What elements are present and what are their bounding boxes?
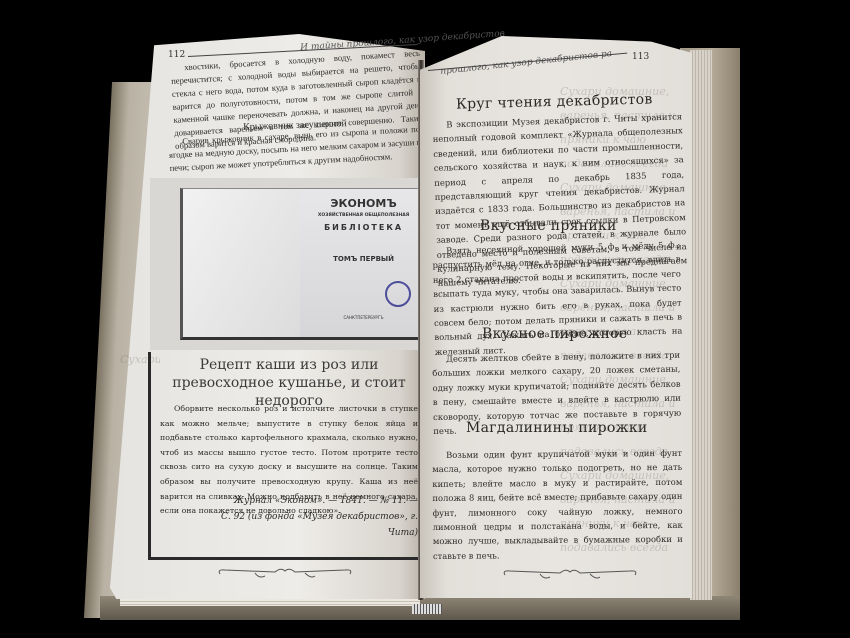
right-page-number: 113	[632, 52, 649, 62]
book-headband	[412, 604, 442, 614]
page-stack-right	[690, 50, 712, 600]
photo-title: ЭКОНОМЪ	[300, 197, 427, 210]
photo-subtitle-2: БИБЛІОТЕКА	[300, 223, 427, 232]
photo-open-book: ЭКОНОМЪ ХОЗЯЙСТВЕННАЯ ОБЩЕПОЛЕЗНАЯ БИБЛІ…	[180, 188, 427, 340]
inset-photo-ekonom-book: ЭКОНОМЪ ХОЗЯЙСТВЕННАЯ ОБЩЕПОЛЕЗНАЯ БИБЛІ…	[150, 178, 424, 350]
photo-title-page: ЭКОНОМЪ ХОЗЯЙСТВЕННАЯ ОБЩЕПОЛЕЗНАЯ БИБЛІ…	[300, 189, 427, 337]
citation-line-1: Журнал «Эконом». — 1841. — № 11. —	[200, 493, 418, 509]
recipe-citation: Журнал «Эконом». — 1841. — № 11. — С. 92…	[200, 493, 418, 541]
ornament-right-icon	[500, 566, 640, 584]
section-heading-pirozhnoe: Вкусное пирожное	[482, 326, 627, 342]
section-text-magdalininy: Возьми один фунт крупичатой муки и один …	[432, 446, 683, 563]
section-heading-pryaniki: Вкусные пряники	[480, 218, 617, 234]
ornament-left-icon	[215, 565, 355, 583]
citation-line-2: С. 92 (из фонда «Музея декабристов», г. …	[200, 509, 418, 541]
library-stamp-icon	[385, 281, 411, 307]
photo-subtitle-1: ХОЗЯЙСТВЕННАЯ ОБЩЕПОЛЕЗНАЯ	[300, 213, 427, 218]
photo-blank-page	[183, 189, 301, 337]
left-page-number: 112	[168, 50, 185, 60]
photo-city: САНКТПЕТЕРБУРГЪ	[300, 315, 427, 320]
section-heading-magdalininy: Магдалинины пирожки	[466, 420, 648, 436]
book-photo-scene: Сухари домашние, варенья, пастила и прян…	[0, 0, 850, 638]
photo-volume: ТОМЪ ПЕРВЫЙ	[300, 255, 427, 263]
